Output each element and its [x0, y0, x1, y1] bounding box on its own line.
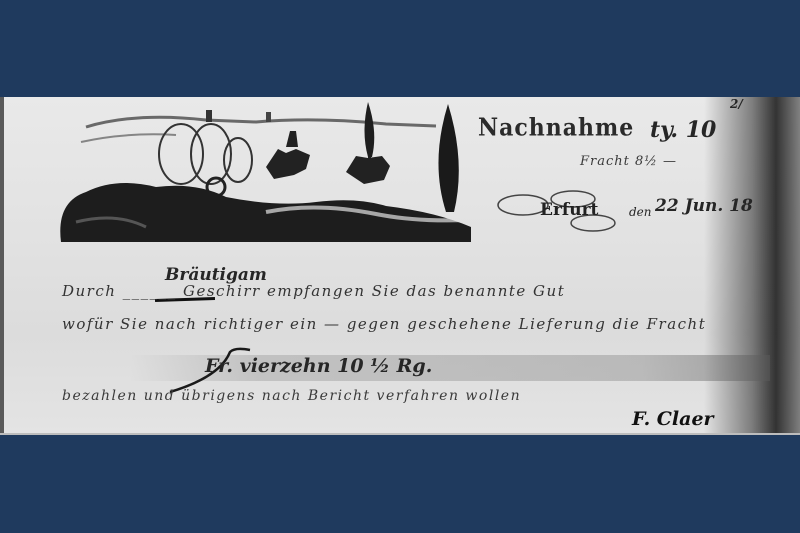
document-photo: Nachnahme 2/ ty. 10 Fracht 8½ — Erfurt d… — [0, 97, 800, 435]
date-prefix: den — [629, 205, 652, 219]
date: 22 Jun. 18 — [655, 196, 753, 216]
engraving-illustration — [56, 102, 476, 242]
signature: F. Claer — [632, 408, 714, 430]
document-heading: Nachnahme — [478, 114, 634, 143]
amount-line: Fr. vierzehn 10 ½ Rg. — [205, 355, 432, 377]
place-name: Erfurt — [540, 200, 598, 220]
body-line-1: Durch ______ Geschirr empfangen Sie das … — [62, 282, 565, 300]
corner-mark: 2/ — [730, 97, 743, 111]
body-line-4: bezahlen und übrigens nach Bericht verfa… — [62, 388, 521, 404]
body-line-2: wofür Sie nach richtiger ein — gegen ges… — [62, 315, 706, 333]
freight-note: Fracht 8½ — — [580, 154, 677, 169]
divider — [0, 433, 800, 435]
amount-top: ty. 10 — [650, 117, 716, 143]
